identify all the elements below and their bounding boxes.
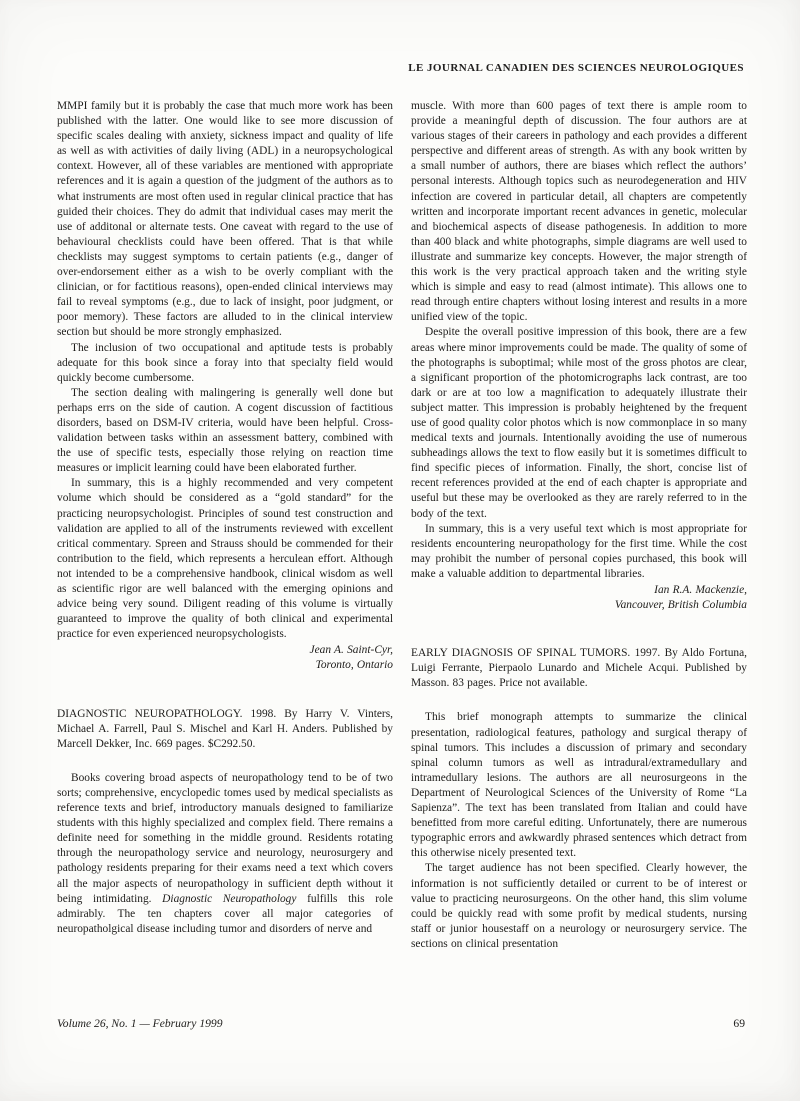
body-paragraph: The inclusion of two occupational and ap… bbox=[57, 341, 393, 386]
text-segment: In summary, this is a highly recommended… bbox=[57, 477, 393, 640]
text-segment: Despite the overall positive impression … bbox=[411, 326, 747, 519]
body-paragraph: This brief monograph attempts to summari… bbox=[411, 710, 747, 861]
body-paragraph: Books covering broad aspects of neuropat… bbox=[57, 771, 393, 937]
footer-volume-line: Volume 26, No. 1 — February 1999 bbox=[57, 1017, 223, 1030]
signature-line: Ian R.A. Mackenzie, bbox=[411, 583, 747, 598]
text-segment: This brief monograph attempts to summari… bbox=[411, 711, 747, 859]
left-column: MMPI family but it is probably the case … bbox=[57, 99, 393, 952]
body-paragraph: Despite the overall positive impression … bbox=[411, 325, 747, 521]
body-paragraph: MMPI family but it is probably the case … bbox=[57, 99, 393, 341]
book-review-heading: EARLY DIAGNOSIS OF SPINAL TUMORS. 1997. … bbox=[411, 646, 747, 691]
reviewer-signature: Ian R.A. Mackenzie,Vancouver, British Co… bbox=[411, 583, 747, 613]
footer-page-number: 69 bbox=[733, 1017, 745, 1030]
book-review-heading: DIAGNOSTIC NEUROPATHOLOGY. 1998. By Harr… bbox=[57, 707, 393, 752]
text-segment: Books covering broad aspects of neuropat… bbox=[57, 772, 393, 905]
signature-line: Toronto, Ontario bbox=[57, 658, 393, 673]
text-segment: DIAGNOSTIC NEUROPATHOLOGY. 1998. By Harr… bbox=[57, 708, 393, 750]
text-segment: The section dealing with malingering is … bbox=[57, 387, 393, 474]
text-segment: The inclusion of two occupational and ap… bbox=[57, 342, 393, 384]
right-column: muscle. With more than 600 pages of text… bbox=[411, 99, 747, 952]
journal-page: LE JOURNAL CANADIEN DES SCIENCES NEUROLO… bbox=[0, 0, 800, 1101]
text-segment: EARLY DIAGNOSIS OF SPINAL TUMORS. 1997. … bbox=[411, 647, 747, 689]
reviewer-signature: Jean A. Saint-Cyr,Toronto, Ontario bbox=[57, 643, 393, 673]
italic-book-title: Diagnostic Neuropathology bbox=[162, 893, 296, 905]
signature-line: Vancouver, British Columbia bbox=[411, 598, 747, 613]
body-paragraph: In summary, this is a very useful text w… bbox=[411, 522, 747, 582]
body-paragraph: The section dealing with malingering is … bbox=[57, 386, 393, 477]
page-footer: Volume 26, No. 1 — February 1999 69 bbox=[57, 1017, 745, 1030]
text-segment: MMPI family but it is probably the case … bbox=[57, 100, 393, 338]
body-paragraph: In summary, this is a highly recommended… bbox=[57, 476, 393, 642]
body-paragraph: The target audience has not been specifi… bbox=[411, 861, 747, 952]
text-segment: In summary, this is a very useful text w… bbox=[411, 523, 747, 580]
signature-line: Jean A. Saint-Cyr, bbox=[57, 643, 393, 658]
text-segment: muscle. With more than 600 pages of text… bbox=[411, 100, 747, 323]
journal-header: LE JOURNAL CANADIEN DES SCIENCES NEUROLO… bbox=[408, 62, 744, 74]
text-columns: MMPI family but it is probably the case … bbox=[57, 99, 747, 952]
body-paragraph: muscle. With more than 600 pages of text… bbox=[411, 99, 747, 325]
text-segment: The target audience has not been specifi… bbox=[411, 862, 747, 949]
